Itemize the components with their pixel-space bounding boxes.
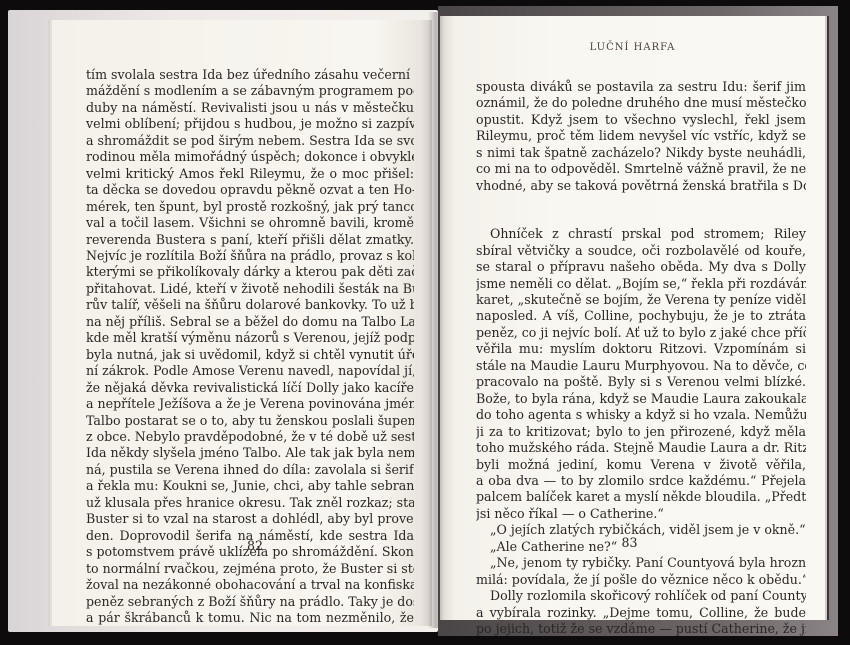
text-line: naposled. A víš, Colline, pochybuju, že … — [476, 308, 806, 324]
text-line: opustit. Když jsem to všechno vyslechl, … — [476, 112, 806, 128]
text-line: že nějaká děvka revivalistická líčí Doll… — [86, 380, 414, 396]
text-line: se staral o přípravu našeho oběda. My dv… — [476, 259, 806, 275]
text-line: věřila mu: myslím doktoru Ritzovi. Vzpom… — [476, 341, 806, 357]
text-line: po jejich, totiž že se vzdáme — pustí Ca… — [476, 621, 806, 637]
text-line: „Ne, jenom ty rybičky. Paní Countyová by… — [476, 555, 806, 571]
text-line: Rileymu, proč těm lidem nevyšel víc vstř… — [476, 128, 806, 144]
text-line: a pár škrábanců k tomu. Nic na tom nezmě… — [86, 610, 414, 626]
text-line: peněz sebraných z Boží šňůry na prádlo. … — [86, 594, 414, 610]
text-line: to normální rvačkou, zejména proto, že B… — [86, 561, 414, 577]
text-line: jsme neměli co dělat. „Bojím se,“ řekla … — [476, 276, 806, 292]
text-line: peněz, co ji nejvíc bolí. Ať už to bylo … — [476, 325, 806, 341]
text-line: ta děcka se dovedou opravdu pěkně ozvat … — [86, 182, 414, 198]
text-line: máždění s modlením a se zábavným program… — [86, 83, 414, 99]
text-line: Ida někdy slyšela jméno Talbo. Ale tak j… — [86, 445, 414, 461]
text-line: už klusala přes hranice okresu. Tak zněl… — [86, 495, 414, 511]
text-line: na něj příliš. Sebral se a běžel do domu… — [86, 314, 414, 330]
text-line: Talbo postarat se o to, aby tu ženskou p… — [86, 413, 414, 429]
text-line: val a točil lasem. Všichni se ohromně ba… — [86, 215, 414, 231]
text-line: Nejvíc je rozlítila Boží šňůra na prádlo… — [86, 248, 414, 264]
text-line: z obce. Nebylo pravděpodobné, že v té do… — [86, 429, 414, 445]
text-line: jsi něco říkal — o Catherine.“ — [476, 506, 806, 522]
text-line: ní zákrok. Podle Amose Verenu navedl, na… — [86, 363, 414, 379]
text-line: milá: povídala, že jí pošle do věznice n… — [476, 572, 806, 588]
text-line: Ohníček z chrastí prskal pod stromem; Ri… — [476, 226, 806, 242]
text-line: kde měl kratší výměnu názorů s Verenou, … — [86, 330, 414, 346]
text-line: oznámil, že do poledne druhého dne musí … — [476, 95, 806, 111]
text-line: ná, pustila se Verena ihned do díla: zav… — [86, 462, 414, 478]
right-page: LUČNÍ HARFA spousta diváků se postavila … — [440, 16, 825, 620]
text-line: žoval na nezákonné obohacování a trval n… — [86, 577, 414, 593]
text-line: přitahovat. Lidé, kteří v životě nehodil… — [86, 281, 414, 297]
text-line: do toho agenta s whisky a když si ho vza… — [476, 407, 806, 423]
text-line: rodinou měla mimořádný úspěch; dokonce i… — [86, 149, 414, 165]
text-line: pracovalo na poště. Byly si s Verenou ve… — [476, 374, 806, 390]
text-line: stále na Maudie Lauru Murphyovou. Na to … — [476, 358, 806, 374]
text-line: velmi oblíbení; přijdou s hudbou, je mož… — [86, 116, 414, 132]
text-line: co mi na to odpověděl. Smrtelně vážně pr… — [476, 161, 806, 177]
text-line: Dolly rozlomila skořicový rohlíček od pa… — [476, 588, 806, 604]
text-line: mérek, ten špunt, byl prostě rozkošný, j… — [86, 199, 414, 215]
text-line: vhodné, aby se taková povětrná ženská br… — [476, 178, 806, 194]
text-line: s nimi tak špatně zacházelo? Nikdy byste… — [476, 145, 806, 161]
text-line: Buster si to vzal na starost a dohlédl, … — [86, 511, 414, 527]
book-gutter — [428, 12, 444, 628]
text-line: a nepřítele Ježíšova a že je Verena povi… — [86, 396, 414, 412]
text-line: rův talíř, věšeli na šňůru dolarové bank… — [86, 297, 414, 313]
text-line: karet, „skutečně se bojím, že Verena ty … — [476, 292, 806, 308]
text-line: duby na náměstí. Revivalisti jsou u nás … — [86, 100, 414, 116]
right-page-body-text: spousta diváků se postavila za sestru Id… — [476, 79, 806, 638]
page-number-right: 83 — [434, 535, 825, 550]
text-line: a oba dva — to by zlomilo srdce každému.… — [476, 473, 806, 489]
text-line: ji za to kritizovat; bylo to jen přiroze… — [476, 424, 806, 440]
open-book: tím svolala sestra Ida bez úředního zása… — [0, 0, 850, 645]
text-line: a shromáždit se pod širým nebem. Sestra … — [86, 133, 414, 149]
section-break — [476, 194, 806, 226]
text-line: a vybírala rozinky. „Dejme tomu, Colline… — [476, 605, 806, 621]
left-page: tím svolala sestra Ida bez úředního zása… — [52, 20, 432, 626]
text-line: sbíral větvičky a soudce, oči rozbolavěl… — [476, 243, 806, 259]
text-line: reverenda Bustera s paní, kteří přišli d… — [86, 232, 414, 248]
text-line: byla nutná, jak si uvědomil, když si cht… — [86, 347, 414, 363]
text-line: a řekla mu: Koukni se, Junie, chci, aby … — [86, 478, 414, 494]
page-number-left: 82 — [78, 538, 432, 553]
text-line: kterými se přikolíkovaly dárky a kterou … — [86, 264, 414, 280]
text-line: spousta diváků se postavila za sestru Id… — [476, 79, 806, 95]
text-line: palcem balíček karet a myslí někde bloud… — [476, 489, 806, 505]
running-head: LUČNÍ HARFA — [440, 42, 825, 53]
text-line: tím svolala sestra Ida bez úředního zása… — [86, 67, 414, 83]
text-line: Bože, to byla rána, když se Maudie Laura… — [476, 391, 806, 407]
text-line: byli možná jediní, komu Verena v životě … — [476, 457, 806, 473]
text-line: toho mužského ráda. Stejně Maudie Laura … — [476, 440, 806, 456]
text-line: velmi kritický Amos řekl Rileymu, že o m… — [86, 166, 414, 182]
